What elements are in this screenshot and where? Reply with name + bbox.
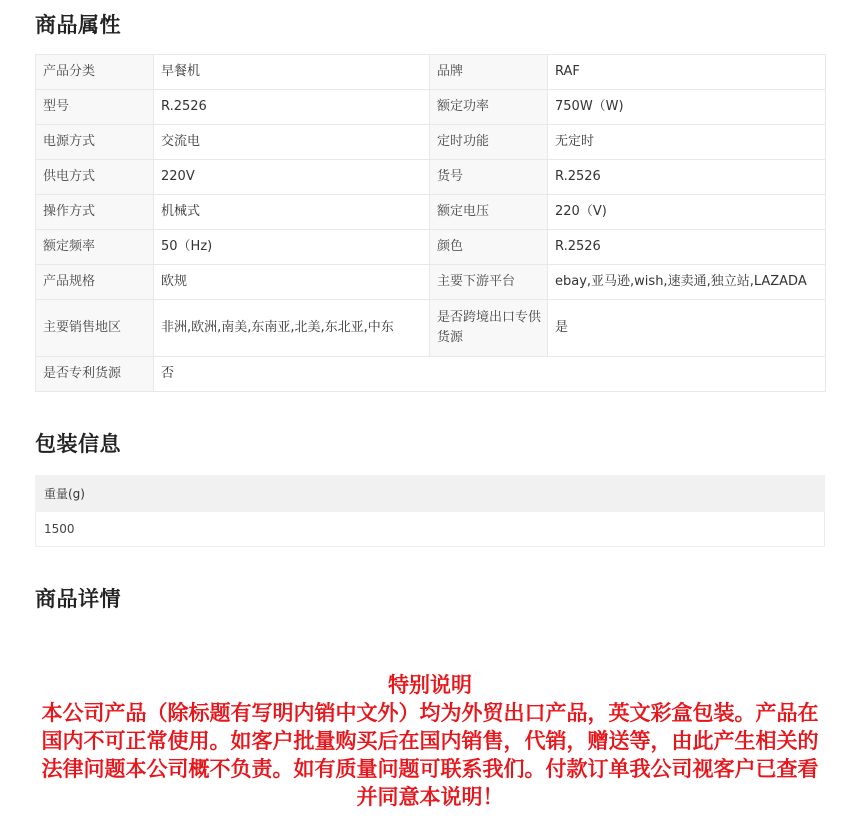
attribute-value: 欧规 bbox=[154, 265, 430, 300]
attribute-value: 无定时 bbox=[548, 125, 826, 160]
attribute-row: 是否专利货源 否 bbox=[36, 357, 826, 392]
packaging-table: 重量(g) 1500 bbox=[35, 475, 825, 547]
attribute-label: 产品规格 bbox=[36, 265, 154, 300]
attribute-value: R.2526 bbox=[548, 230, 826, 265]
attribute-value: 220V bbox=[154, 160, 430, 195]
attribute-row: 操作方式 机械式 额定电压 220（V) bbox=[36, 195, 826, 230]
attribute-label: 操作方式 bbox=[36, 195, 154, 230]
attributes-table: 产品分类 早餐机 品牌 RAF 型号 R.2526 额定功率 750W（W) 电… bbox=[35, 54, 826, 392]
attribute-label: 颜色 bbox=[430, 230, 548, 265]
attribute-value: 220（V) bbox=[548, 195, 826, 230]
attribute-label: 额定电压 bbox=[430, 195, 548, 230]
attribute-value: 早餐机 bbox=[154, 55, 430, 90]
notice-title: 特别说明 bbox=[30, 671, 830, 699]
packaging-value-row: 1500 bbox=[36, 512, 825, 547]
attribute-value: 机械式 bbox=[154, 195, 430, 230]
attribute-value: ebay,亚马逊,wish,速卖通,独立站,LAZADA bbox=[548, 265, 826, 300]
attribute-label: 产品分类 bbox=[36, 55, 154, 90]
attribute-row: 产品分类 早餐机 品牌 RAF bbox=[36, 55, 826, 90]
attribute-label: 型号 bbox=[36, 90, 154, 125]
attribute-label: 供电方式 bbox=[36, 160, 154, 195]
attribute-label: 品牌 bbox=[430, 55, 548, 90]
attribute-value: 非洲,欧洲,南美,东南亚,北美,东北亚,中东 bbox=[154, 300, 430, 357]
packaging-header-row: 重量(g) bbox=[36, 476, 825, 512]
attribute-row: 供电方式 220V 货号 R.2526 bbox=[36, 160, 826, 195]
attribute-label: 主要销售地区 bbox=[36, 300, 154, 357]
attribute-value: 否 bbox=[154, 357, 826, 392]
attribute-label: 定时功能 bbox=[430, 125, 548, 160]
attribute-row: 电源方式 交流电 定时功能 无定时 bbox=[36, 125, 826, 160]
section-title-packaging: 包装信息 bbox=[35, 428, 121, 458]
attribute-row: 主要销售地区 非洲,欧洲,南美,东南亚,北美,东北亚,中东 是否跨境出口专供货源… bbox=[36, 300, 826, 357]
attribute-value: 50（Hz) bbox=[154, 230, 430, 265]
weight-header: 重量(g) bbox=[36, 476, 825, 512]
special-notice: 特别说明 本公司产品（除标题有写明内销中文外）均为外贸出口产品，英文彩盒包装。产… bbox=[30, 671, 830, 811]
attribute-value: R.2526 bbox=[154, 90, 430, 125]
attribute-label: 货号 bbox=[430, 160, 548, 195]
notice-body: 本公司产品（除标题有写明内销中文外）均为外贸出口产品，英文彩盒包装。产品在国内不… bbox=[30, 699, 830, 811]
attribute-label: 主要下游平台 bbox=[430, 265, 548, 300]
attribute-row: 产品规格 欧规 主要下游平台 ebay,亚马逊,wish,速卖通,独立站,LAZ… bbox=[36, 265, 826, 300]
section-title-attributes: 商品属性 bbox=[35, 9, 121, 39]
attribute-label: 是否专利货源 bbox=[36, 357, 154, 392]
weight-value: 1500 bbox=[36, 512, 825, 547]
attribute-value: 交流电 bbox=[154, 125, 430, 160]
attribute-label: 额定功率 bbox=[430, 90, 548, 125]
attribute-label: 是否跨境出口专供货源 bbox=[430, 300, 548, 357]
attribute-label: 额定频率 bbox=[36, 230, 154, 265]
attribute-value: 是 bbox=[548, 300, 826, 357]
attribute-row: 额定频率 50（Hz) 颜色 R.2526 bbox=[36, 230, 826, 265]
attribute-value: RAF bbox=[548, 55, 826, 90]
attribute-label: 电源方式 bbox=[36, 125, 154, 160]
attribute-value: 750W（W) bbox=[548, 90, 826, 125]
section-title-details: 商品详情 bbox=[35, 583, 121, 613]
attribute-value: R.2526 bbox=[548, 160, 826, 195]
attribute-row: 型号 R.2526 额定功率 750W（W) bbox=[36, 90, 826, 125]
